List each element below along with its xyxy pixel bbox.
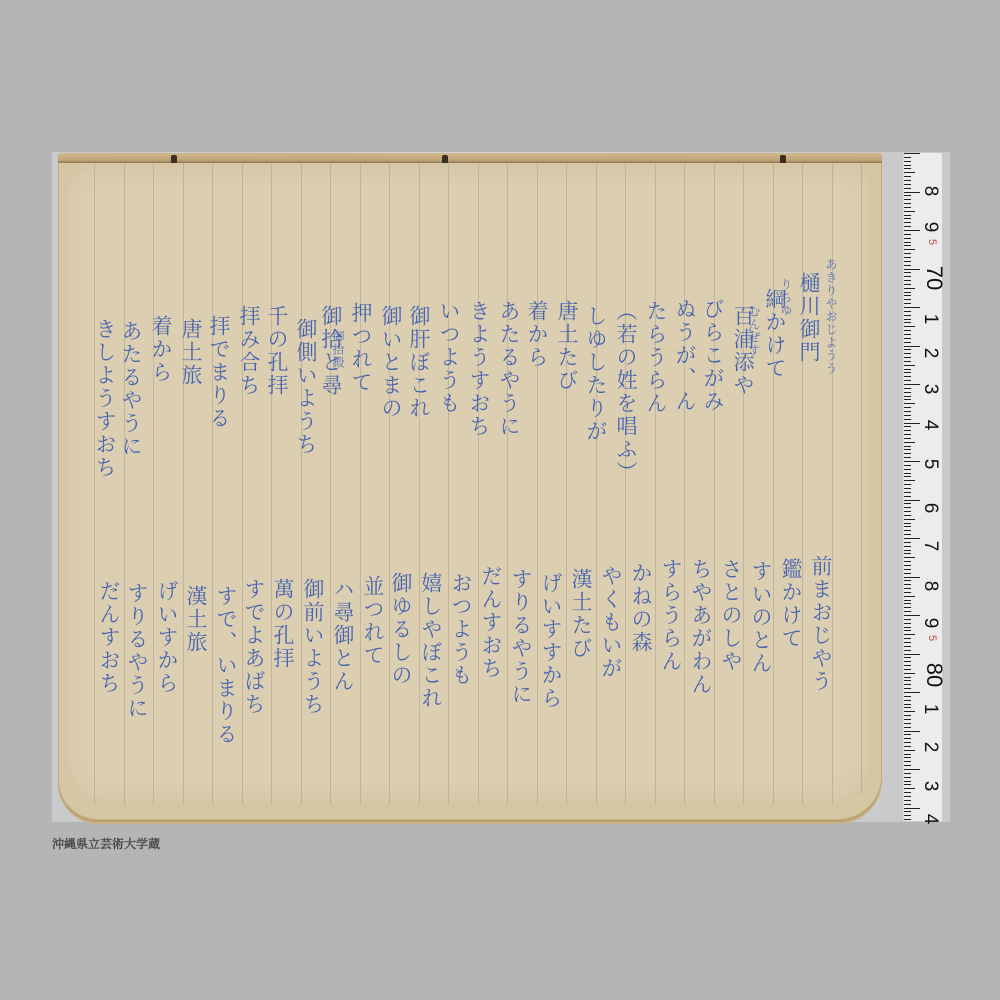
- ruled-line: [655, 163, 656, 805]
- ruler-tick: [904, 307, 920, 308]
- ruler-tick: [904, 434, 911, 435]
- ruler-tick: [904, 788, 915, 789]
- ruler-tick: [904, 515, 911, 516]
- ruler-number: 4: [919, 807, 941, 831]
- ruler-tick: [904, 507, 911, 508]
- ruler-tick: [904, 465, 911, 466]
- ruler-tick: [904, 469, 911, 470]
- ruler-tick: [904, 596, 915, 597]
- ruler-tick: [904, 669, 911, 670]
- ruler-tick: [904, 438, 911, 439]
- notebook-page: あきりやおじようう樋川御門りちゆ綱かけてむんぜす百浦添やびらこがみぬうが、んたら…: [64, 163, 874, 805]
- ruler-tick: [904, 265, 911, 266]
- handwritten-column: 綱かけて: [764, 288, 785, 380]
- ruled-line: [537, 163, 538, 805]
- ruler-tick: [904, 176, 911, 177]
- handwritten-column: 拝でまりる: [208, 315, 229, 430]
- handwritten-column: たらうらん: [645, 300, 666, 415]
- handwritten-column: だんすおち: [480, 565, 501, 680]
- handwritten-column: 御いとまの: [380, 305, 401, 420]
- ruler-tick: [904, 538, 920, 539]
- ruler-tick: [904, 503, 911, 504]
- handwritten-column: 唐土旅: [180, 318, 201, 387]
- ruler-tick: [904, 534, 911, 535]
- ruler-tick: [904, 627, 911, 628]
- ruler-tick: [904, 361, 911, 362]
- ruler-tick: [904, 415, 911, 416]
- handwritten-column: だんすおち: [98, 580, 119, 695]
- ruler-tick: [904, 330, 911, 331]
- ruler-tick: [904, 326, 915, 327]
- ruler-tick: [904, 269, 920, 270]
- ruled-line: [330, 163, 331, 805]
- ruler-tick: [904, 442, 915, 443]
- ruler-tick: [904, 750, 915, 751]
- ruler-tick: [904, 592, 911, 593]
- ruler-tick: [904, 453, 911, 454]
- handwritten-column: ぬうが、ん: [674, 298, 695, 413]
- ruler-tick: [904, 734, 911, 735]
- ruler-tick: [904, 192, 920, 193]
- ruler-tick: [904, 784, 911, 785]
- ruler-number: 5: [919, 452, 941, 476]
- handwritten-column: 御ゆるしの: [390, 572, 411, 687]
- ruler-tick: [904, 707, 911, 708]
- handwritten-column: 拝み合ち: [238, 305, 259, 397]
- ruler-tick: [904, 584, 911, 585]
- handwritten-column: 樋川御門: [798, 272, 819, 364]
- credit-caption: 沖縄県立芸術大学蔵: [52, 835, 160, 852]
- ruled-line: [596, 163, 597, 805]
- handwritten-column: あきりやおじようう: [825, 258, 837, 375]
- ruler-tick: [904, 449, 911, 450]
- handwritten-column: きしようすおち: [94, 318, 115, 479]
- ruler-tick: [904, 500, 920, 501]
- ruler-tick: [904, 630, 911, 631]
- ruler-tick: [904, 369, 911, 370]
- ruler-tick: [904, 765, 911, 766]
- handwritten-column: 漢土たび: [570, 568, 591, 660]
- measuring-ruler: 895701234567895801234: [903, 153, 942, 821]
- ruler-tick: [904, 511, 911, 512]
- ruler-tick: [904, 245, 911, 246]
- notebook: あきりやおじようう樋川御門りちゆ綱かけてむんぜす百浦添やびらこがみぬうが、んたら…: [58, 153, 882, 820]
- ruler-tick: [904, 704, 911, 705]
- ruler-tick: [904, 769, 920, 770]
- ruled-line: [684, 163, 685, 805]
- handwritten-column: すらうらん: [660, 558, 681, 673]
- ruler-tick: [904, 696, 911, 697]
- ruled-line: [507, 163, 508, 805]
- ruler-tick: [904, 754, 911, 755]
- ruled-line: [271, 163, 272, 805]
- ruler-tick: [904, 623, 911, 624]
- ruler-number: 5: [926, 626, 938, 650]
- ruler-tick: [904, 761, 911, 762]
- ruler-tick: [904, 473, 911, 474]
- ruler-tick: [904, 234, 911, 235]
- ruler-number: 1: [919, 697, 941, 721]
- ruler-tick: [904, 603, 911, 604]
- ruler-tick: [904, 461, 920, 462]
- ruler-tick: [904, 295, 911, 296]
- ruler-tick: [904, 811, 911, 812]
- ruler-tick: [904, 684, 911, 685]
- handwritten-column: 押つれて: [350, 302, 371, 394]
- handwritten-column: 千の孔拝: [266, 305, 287, 397]
- ruler-tick: [904, 242, 911, 243]
- ruler-tick: [904, 800, 911, 801]
- ruler-tick: [904, 299, 911, 300]
- ruler-tick: [904, 384, 920, 385]
- ruler-tick: [904, 403, 915, 404]
- ruler-number: 2: [919, 735, 941, 759]
- ruler-tick: [904, 646, 911, 647]
- ruler-tick: [904, 322, 911, 323]
- ruler-tick: [904, 808, 920, 809]
- ruler-tick: [904, 303, 911, 304]
- handwritten-column: 御前いようち: [302, 578, 323, 716]
- ruler-tick: [904, 488, 911, 489]
- ruler-tick: [904, 349, 911, 350]
- handwritten-column: 着から: [526, 300, 547, 369]
- ruler-tick: [904, 526, 911, 527]
- handwritten-column: すいのとん: [750, 560, 771, 675]
- ruler-tick: [904, 642, 911, 643]
- ruled-line: [802, 163, 803, 805]
- ruler-tick: [904, 207, 911, 208]
- ruler-number: 3: [919, 774, 941, 798]
- ruler-tick: [904, 284, 911, 285]
- ruler-tick: [904, 673, 915, 674]
- ruled-line: [153, 163, 154, 805]
- ruler-tick: [904, 430, 911, 431]
- ruler-tick: [904, 727, 911, 728]
- ruler-tick: [904, 261, 911, 262]
- ruler-tick: [904, 276, 911, 277]
- handwritten-column: いつようも: [438, 300, 459, 415]
- ruler-number: 3: [919, 377, 941, 401]
- ruler-tick: [904, 804, 911, 805]
- handwritten-column: やくもいが: [600, 565, 621, 680]
- ruler-tick: [904, 476, 911, 477]
- handwritten-column: かねの森: [630, 562, 651, 654]
- handwritten-column: 着から: [150, 315, 171, 384]
- ruler-tick: [904, 195, 911, 196]
- ruled-line: [212, 163, 213, 805]
- ruler-tick: [904, 819, 911, 820]
- ruler-tick: [904, 738, 911, 739]
- handwritten-column: びらこがみ: [702, 298, 723, 413]
- handwritten-column: ハ尋御とん: [332, 578, 353, 693]
- handwritten-column: 御側いようち: [295, 318, 316, 456]
- ruler-tick: [904, 222, 911, 223]
- ruler-tick: [904, 561, 911, 562]
- ruler-tick: [904, 353, 911, 354]
- ruler-tick: [904, 396, 911, 397]
- handwritten-column: あたるやうに: [120, 320, 141, 458]
- ruler-tick: [904, 715, 911, 716]
- handwritten-column: すで、いまりる: [215, 585, 236, 746]
- ruler-tick: [904, 746, 911, 747]
- ruled-line: [625, 163, 626, 805]
- ruler-tick: [904, 257, 911, 258]
- ruler-tick: [904, 654, 920, 655]
- ruler-tick: [904, 407, 911, 408]
- ruler-tick: [904, 153, 920, 154]
- handwritten-column: 鑑かけて: [780, 558, 801, 650]
- ruler-tick: [904, 565, 911, 566]
- ruler-tick: [904, 372, 911, 373]
- ruler-tick: [904, 542, 911, 543]
- handwritten-column: （若の姓を唱ふ）: [615, 300, 636, 484]
- ruler-tick: [904, 619, 911, 620]
- ruler-number: 2: [919, 341, 941, 365]
- ruler-tick: [904, 677, 911, 678]
- ruled-line: [773, 163, 774, 805]
- ruler-tick: [904, 742, 911, 743]
- ruler-tick: [904, 319, 911, 320]
- ruler-tick: [904, 573, 911, 574]
- ruler-tick: [904, 580, 911, 581]
- ruled-line: [566, 163, 567, 805]
- ruler-tick: [904, 777, 911, 778]
- handwritten-column: 百浦添や: [732, 305, 753, 397]
- ruler-tick: [904, 523, 911, 524]
- ruler-tick: [904, 711, 915, 712]
- ruler-tick: [904, 719, 911, 720]
- handwritten-column: 漢土旅: [185, 585, 206, 654]
- ruler-tick: [904, 657, 911, 658]
- ruler-tick: [904, 218, 911, 219]
- ruled-line: [389, 163, 390, 805]
- ruler-tick: [904, 796, 911, 797]
- ruler-tick: [904, 792, 911, 793]
- ruler-tick: [904, 688, 911, 689]
- ruler-tick: [904, 546, 911, 547]
- handwritten-column: 嬉しやぼこれ: [420, 572, 441, 710]
- ruler-tick: [904, 665, 911, 666]
- ruled-line: [861, 163, 862, 805]
- ruler-tick: [904, 480, 915, 481]
- ruled-line: [478, 163, 479, 805]
- ruler-tick: [904, 457, 911, 458]
- ruler-tick: [904, 392, 911, 393]
- ruler-tick: [904, 550, 911, 551]
- ruler-tick: [904, 165, 911, 166]
- ruler-number: 8: [919, 179, 941, 203]
- ruler-tick: [904, 168, 911, 169]
- ruler-tick: [904, 553, 911, 554]
- ruled-line: [94, 163, 95, 805]
- handwritten-column: さとのしや: [720, 558, 741, 673]
- ruler-tick: [904, 600, 911, 601]
- ruler-tick: [904, 357, 911, 358]
- ruler-tick: [904, 496, 911, 497]
- ruler-tick: [904, 365, 915, 366]
- ruler-number: 6: [919, 496, 941, 520]
- ruler-tick: [904, 334, 911, 335]
- ruler-tick: [904, 292, 911, 293]
- ruler-number: 1: [919, 307, 941, 331]
- ruler-number: 8: [919, 574, 941, 598]
- handwritten-column: 御拾と尋: [320, 305, 341, 397]
- ruler-tick: [904, 253, 911, 254]
- handwritten-column: 前まおじやう: [810, 555, 831, 693]
- ruler-tick: [904, 157, 911, 158]
- handwritten-column: きようすおち: [468, 300, 489, 438]
- ruled-line: [360, 163, 361, 805]
- ruler-tick: [904, 530, 911, 531]
- handwritten-column: 並つれて: [362, 575, 383, 667]
- ruler-tick: [904, 380, 911, 381]
- ruler-tick: [904, 199, 911, 200]
- ruler-number: 80: [921, 655, 947, 695]
- ruler-tick: [904, 815, 911, 816]
- ruler-tick: [904, 211, 915, 212]
- ruler-tick: [904, 249, 915, 250]
- handwritten-column: 萬の孔拝: [272, 578, 293, 670]
- ruler-tick: [904, 569, 911, 570]
- ruler-tick: [904, 773, 911, 774]
- ruler-tick: [904, 280, 911, 281]
- ruler-tick: [904, 188, 911, 189]
- ruler-tick: [904, 288, 915, 289]
- ruler-tick: [904, 342, 911, 343]
- handwritten-column: すりるやうに: [510, 568, 531, 706]
- ruler-tick: [904, 172, 915, 173]
- ruler-tick: [904, 588, 911, 589]
- ruler-tick: [904, 180, 911, 181]
- handwritten-column: げいすから: [156, 580, 177, 695]
- ruler-tick: [904, 230, 920, 231]
- ruler-tick: [904, 399, 911, 400]
- ruler-tick: [904, 423, 920, 424]
- ruler-tick: [904, 661, 911, 662]
- handwritten-column: しゆしたりが: [585, 305, 606, 443]
- ruler-number: 4: [919, 413, 941, 437]
- ruler-tick: [904, 723, 911, 724]
- ruler-number: 7: [919, 534, 941, 558]
- handwritten-column: おつようも: [450, 572, 471, 687]
- ruler-tick: [904, 446, 911, 447]
- ruler-tick: [904, 634, 915, 635]
- ruler-tick: [904, 611, 911, 612]
- ruler-number: 5: [926, 230, 938, 254]
- ruler-tick: [904, 615, 920, 616]
- ruler-tick: [904, 346, 920, 347]
- ruler-tick: [904, 557, 915, 558]
- handwritten-column: ちやあがわん: [690, 558, 711, 696]
- ruled-line: [714, 163, 715, 805]
- handwritten-column: 御肝ぼこれ: [408, 305, 429, 420]
- ruler-tick: [904, 484, 911, 485]
- ruler-tick: [904, 638, 911, 639]
- ruler-tick: [904, 161, 911, 162]
- ruler-tick: [904, 311, 911, 312]
- ruler-tick: [904, 238, 911, 239]
- handwritten-column: すでよあばち: [243, 578, 264, 716]
- ruled-line: [183, 163, 184, 805]
- ruler-tick: [904, 184, 911, 185]
- handwritten-column: すりるやうに: [126, 582, 147, 720]
- ruler-tick: [904, 700, 911, 701]
- ruler-tick: [904, 680, 911, 681]
- ruler-tick: [904, 411, 911, 412]
- ruler-tick: [904, 492, 911, 493]
- ruler-tick: [904, 338, 911, 339]
- ruler-tick: [904, 272, 911, 273]
- handwritten-column: あたるやうに: [498, 300, 519, 438]
- ruler-tick: [904, 577, 920, 578]
- notebook-binding: [58, 153, 882, 163]
- ruled-line: [448, 163, 449, 805]
- ruler-tick: [904, 731, 920, 732]
- handwritten-column: 唐土たび: [556, 300, 577, 392]
- ruler-tick: [904, 757, 911, 758]
- ruled-line: [743, 163, 744, 805]
- ruler-tick: [904, 215, 911, 216]
- ruler-tick: [904, 650, 911, 651]
- ruler-tick: [904, 426, 911, 427]
- ruler-tick: [904, 376, 911, 377]
- ruler-tick: [904, 315, 911, 316]
- ruler-tick: [904, 388, 911, 389]
- ruler-tick: [904, 607, 911, 608]
- handwritten-column: げいすすから: [540, 572, 561, 710]
- ruler-tick: [904, 692, 920, 693]
- ruler-tick: [904, 203, 911, 204]
- ruler-number: 70: [921, 258, 947, 298]
- ruler-tick: [904, 226, 911, 227]
- ruler-tick: [904, 781, 911, 782]
- ruler-tick: [904, 419, 911, 420]
- ruler-tick: [904, 519, 915, 520]
